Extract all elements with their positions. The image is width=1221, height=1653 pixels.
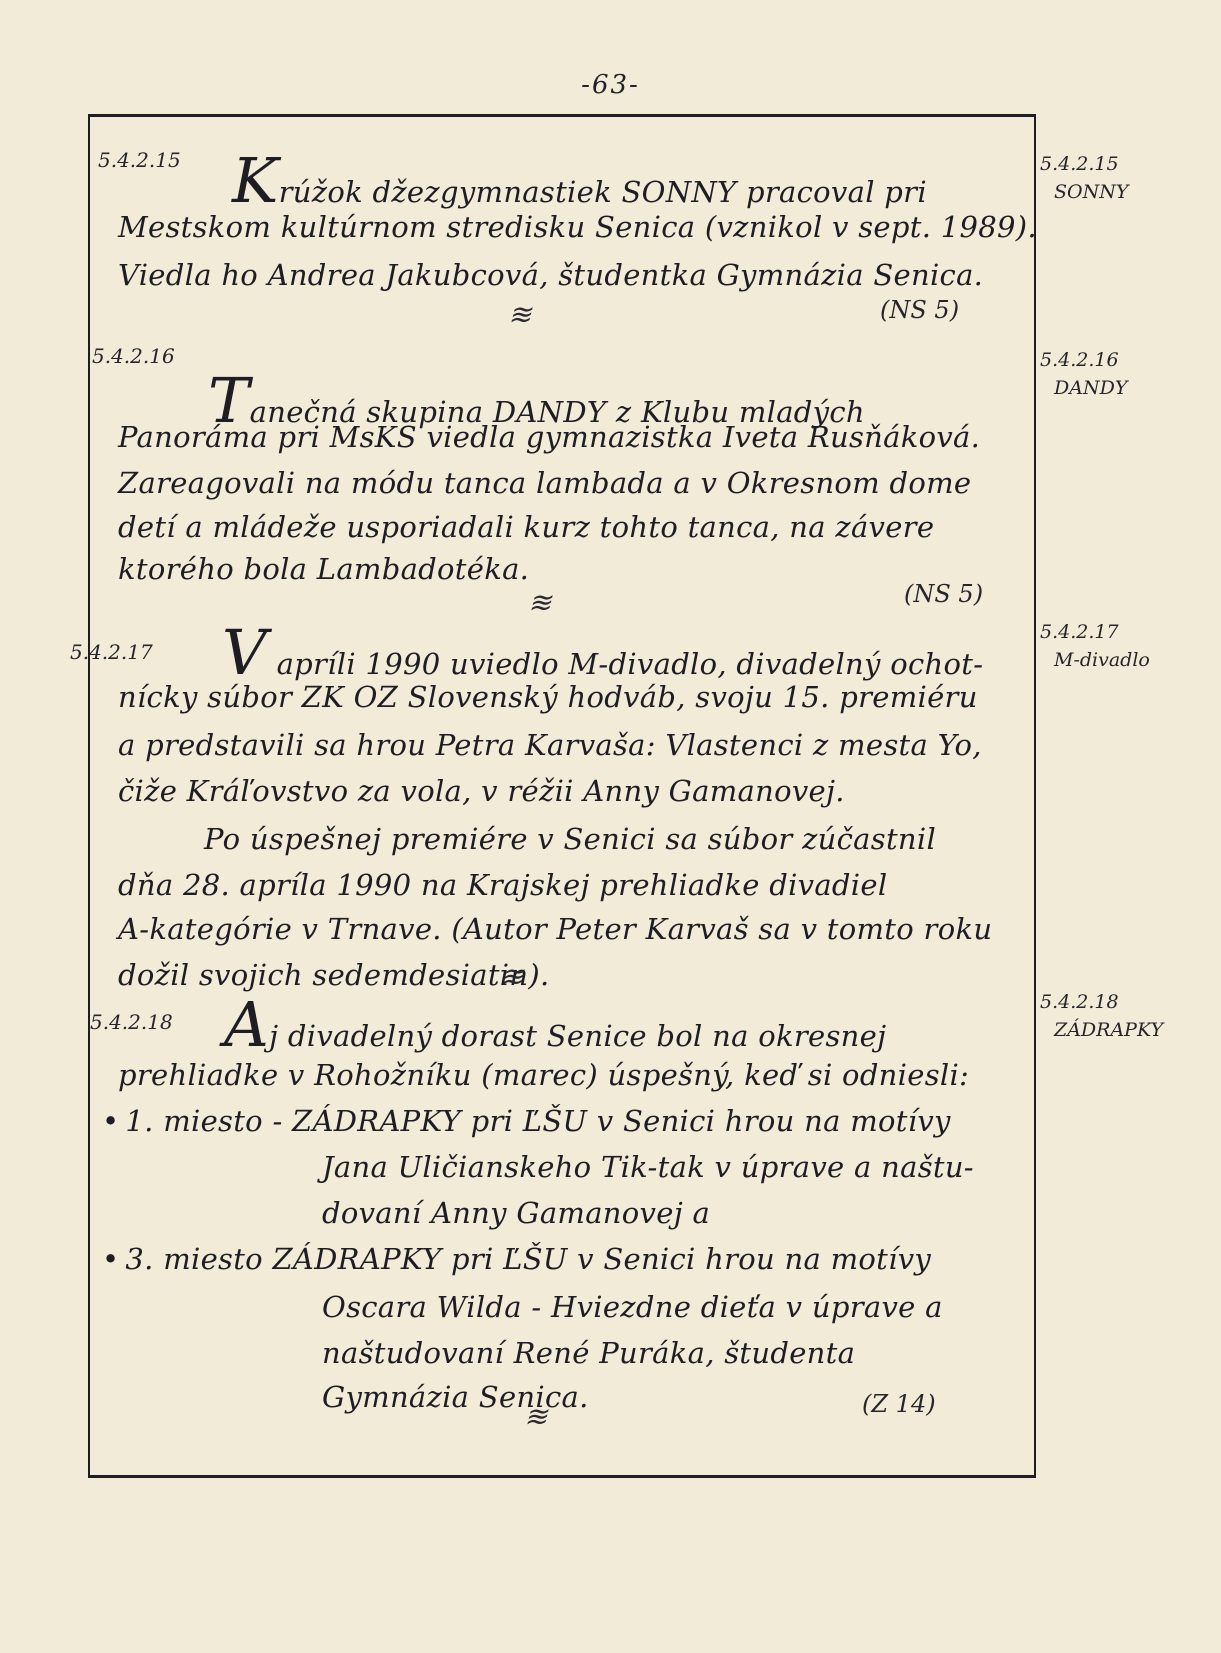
- entry-line: rúžok džezgymnastiek SONNY pracoval pri: [279, 175, 927, 209]
- entry-line: Mestskom kultúrnom stredisku Senica (vzn…: [118, 210, 1037, 244]
- entry-first-line: Krúžok džezgymnastiek SONNY pracoval pri: [232, 150, 927, 212]
- list-item-first-place: •1. miesto - ZÁDRAPKY pri ĽŠU v Senici h…: [102, 1104, 951, 1138]
- entry-line: prehliadke v Rohožníku (marec) úspešný, …: [118, 1058, 969, 1092]
- entry-code: 5.4.2.16: [92, 344, 175, 368]
- entry-line: Panoráma pri MsKS viedla gymnazistka Ive…: [118, 420, 980, 454]
- margin-note: 5.4.2.15 SONNY: [1040, 150, 1128, 206]
- source-reference: (NS 5): [904, 580, 983, 608]
- entry-line: dňa 28. apríla 1990 na Krajskej prehliad…: [118, 868, 887, 902]
- separator-flourish: ≋: [500, 960, 523, 993]
- list-item-line: 1. miesto - ZÁDRAPKY pri ĽŠU v Senici hr…: [125, 1104, 950, 1138]
- entry-initial: A: [224, 988, 269, 1061]
- margin-code: 5.4.2.17: [1040, 621, 1119, 643]
- margin-code: 5.4.2.18: [1040, 991, 1119, 1013]
- list-item-line: naštudovaní René Puráka, študenta: [322, 1336, 855, 1370]
- entry-line: Viedla ho Andrea Jakubcová, študentka Gy…: [118, 258, 983, 292]
- entry-line: Po úspešnej premiére v Senici sa súbor z…: [204, 822, 936, 856]
- margin-label: M-divadlo: [1040, 646, 1150, 674]
- entry-line: nícky súbor ZK OZ Slovenský hodváb, svoj…: [118, 680, 978, 714]
- entry-line: A-kategórie v Trnave. (Autor Peter Karva…: [118, 912, 992, 946]
- entry-line: čiže Kráľovstvo za vola, v réžii Anny Ga…: [118, 774, 845, 808]
- margin-note: 5.4.2.18 ZÁDRAPKY: [1040, 988, 1163, 1044]
- list-item-line: 3. miesto ZÁDRAPKY pri ĽŠU v Senici hrou…: [125, 1242, 931, 1276]
- margin-code: 5.4.2.15: [1040, 153, 1119, 175]
- entry-line: j divadelný dorast Senice bol na okresne…: [269, 1019, 886, 1053]
- separator-flourish: ≋: [528, 586, 551, 619]
- entry-code: 5.4.2.17: [70, 640, 153, 664]
- source-reference: (Z 14): [862, 1390, 936, 1418]
- list-item-line: Oscara Wilda - Hviezdne dieťa v úprave a: [322, 1290, 943, 1324]
- margin-label: DANDY: [1040, 374, 1127, 402]
- entry-initial: V: [222, 616, 267, 689]
- source-reference: (NS 5): [880, 296, 959, 324]
- entry-line: a predstavili sa hrou Petra Karvaša: Vla…: [118, 728, 982, 762]
- margin-note: 5.4.2.16 DANDY: [1040, 346, 1127, 402]
- list-item-line: Gymnázia Senica.: [322, 1380, 589, 1414]
- entry-first-line: V apríli 1990 uviedlo M-divadlo, divadel…: [222, 622, 983, 684]
- margin-label: ZÁDRAPKY: [1040, 1016, 1163, 1044]
- margin-label: SONNY: [1040, 178, 1128, 206]
- entry-line: detí a mládeže usporiadali kurz tohto ta…: [118, 510, 934, 544]
- entry-line: Zareagovali na módu tanca lambada a v Ok…: [118, 466, 971, 500]
- page-number: -63-: [0, 70, 1221, 100]
- separator-flourish: ≋: [524, 1400, 547, 1433]
- bullet-icon: •: [102, 1104, 119, 1138]
- list-item-third-place: •3. miesto ZÁDRAPKY pri ĽŠU v Senici hro…: [102, 1242, 931, 1276]
- entry-line: apríli 1990 uviedlo M-divadlo, divadelný…: [267, 647, 983, 681]
- entry-code: 5.4.2.15: [98, 148, 181, 172]
- entry-line: ktorého bola Lambadotéka.: [118, 552, 529, 586]
- entry-first-line: Aj divadelný dorast Senice bol na okresn…: [224, 994, 886, 1056]
- entry-code: 5.4.2.18: [90, 1010, 173, 1034]
- margin-note: 5.4.2.17 M-divadlo: [1040, 618, 1150, 674]
- entry-initial: K: [232, 144, 279, 217]
- margin-code: 5.4.2.16: [1040, 349, 1119, 371]
- list-item-line: dovaní Anny Gamanovej a: [322, 1196, 710, 1230]
- entry-line: dožil svojich sedemdesiatin).: [118, 958, 549, 992]
- list-item-line: Jana Uličianskeho Tik-tak v úprave a naš…: [322, 1150, 974, 1184]
- separator-flourish: ≋: [508, 298, 531, 331]
- bullet-icon: •: [102, 1242, 119, 1276]
